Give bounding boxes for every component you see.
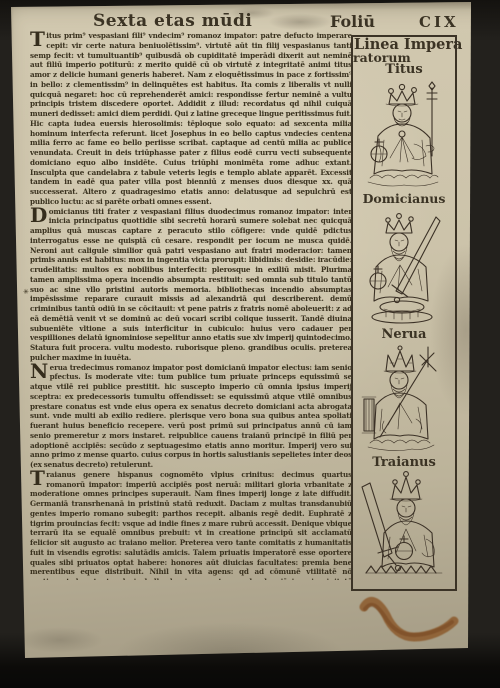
page-title: Sexta etas mūdi [93, 11, 252, 31]
crown-icon [386, 214, 413, 233]
paragraph-traianus: Traianus genere hispanus cognomēto vlpiu… [30, 470, 352, 580]
scanned-page-photo: Sexta etas mūdi Foliū CIX Titus prim⁹ ve… [0, 0, 500, 688]
column-object [362, 397, 376, 433]
drop-cap: T [30, 470, 46, 487]
crown-icon [386, 84, 418, 106]
drop-cap: D [30, 207, 49, 224]
sidebar-left-rule [351, 35, 353, 591]
robe [374, 393, 428, 439]
emperor-face [393, 104, 411, 126]
paragraph-domicianus: Domicianus titi frater z vespasiani fili… [30, 207, 352, 363]
nerua-woodcut [354, 341, 452, 455]
portrait-label-nerua: Nerua [352, 327, 456, 342]
robe [374, 124, 432, 174]
paragraph-text: raianus genere hispanus cognomēto vlpius… [30, 470, 352, 580]
portrait-label-domicianus: Domicianus [352, 191, 456, 206]
sidebar-bottom-rule [351, 589, 457, 591]
paragraph-text: erua tredecimus romanoz impator post dom… [30, 363, 352, 470]
drop-cap: N [30, 363, 50, 380]
sidebar-right-rule [455, 35, 457, 591]
orb-cruciger-icon [371, 139, 387, 162]
paragraph-nerua: Nerua tredecimus romanoz impator post do… [30, 363, 352, 470]
drop-cap: T [30, 31, 46, 48]
ink-stain [352, 593, 464, 649]
main-text-column: Titus prim⁹ vespasiani fili⁹ vndecim⁹ ro… [30, 31, 352, 580]
portrait-label-titus: Titus [352, 62, 456, 77]
zigzag-base [366, 566, 442, 573]
margin-asterisk: ✳ [23, 288, 29, 296]
folio-label: Foliū [330, 12, 375, 31]
titus-woodcut [356, 78, 450, 191]
sword-icon [362, 483, 401, 571]
emperor-face [390, 233, 408, 261]
cloud-base [368, 440, 434, 451]
paragraph-text: itus prim⁹ vespasiani fili⁹ vndecim⁹ rom… [30, 31, 352, 206]
traianus-woodcut [354, 469, 454, 587]
orb-cruciger-icon [370, 266, 386, 289]
cloud-base [368, 175, 438, 186]
portrait-label-traianus: Traianus [352, 455, 456, 470]
folio-number: CIX [419, 13, 459, 31]
domicianus-woodcut [356, 205, 452, 326]
pedestal-base [372, 301, 432, 323]
sceptre-icon [427, 82, 437, 156]
paragraph-titus: Titus prim⁹ vespasiani fili⁹ vndecim⁹ ro… [30, 31, 352, 207]
paragraph-text: omicianus titi frater z vespasiani filiu… [30, 207, 352, 362]
crown-icon [390, 472, 422, 501]
crown-icon [384, 346, 416, 373]
